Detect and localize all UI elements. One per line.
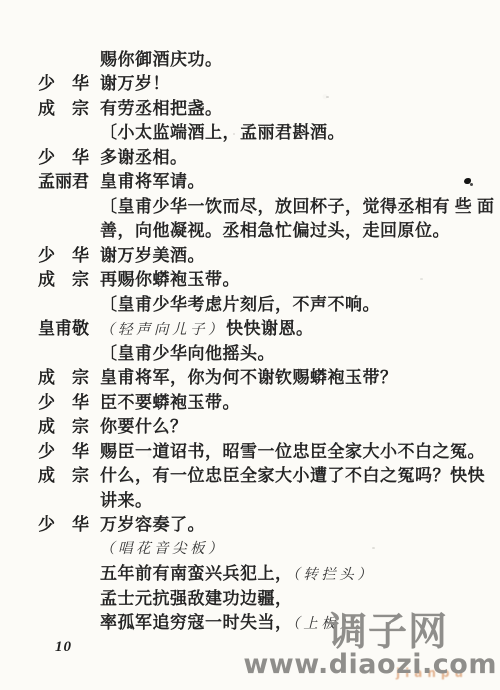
dialogue-segment: 多谢丞相。 — [100, 148, 188, 167]
dialogue-text: 你要什么？ — [100, 412, 188, 437]
dialogue-text: 赐臣一道诏书，昭雪一位忠臣全家大小不白之冤。 — [100, 437, 485, 462]
dialogue-text: 赐你御酒庆功。 — [100, 45, 223, 70]
dialogue-segment: 皇甫将军，你为何不谢钦赐蟒袍玉带？ — [100, 368, 398, 387]
paper-speck — [372, 547, 375, 549]
script-line: （唱花音尖板） — [0, 535, 500, 560]
script-line: 少 华臣不要蟒袍玉带。 — [0, 388, 500, 413]
script-line: 成 宗有劳丞相把盏。 — [0, 94, 500, 119]
dialogue-text: 多谢丞相。 — [100, 143, 188, 168]
script-line: 赐你御酒庆功。 — [0, 45, 500, 70]
dialogue-text: 什么，有一位忠臣全家大小遭了不白之冤吗？快快 — [100, 461, 485, 486]
script-line: 皇甫敬（轻声向儿子）快快谢恩。 — [0, 315, 500, 340]
dialogue-segment: 善，向他凝视。丞相急忙偏过头，走回原位。 — [100, 221, 450, 240]
script-line: 少 华多谢丞相。 — [0, 143, 500, 168]
dialogue-segment: 〔皇甫少华一饮而尽，放回杯子，觉得丞相有 些 面 — [100, 197, 495, 216]
script-line: 〔小太监端酒上，孟丽君斟酒。 — [0, 119, 500, 144]
stage-direction: （转拦头） — [293, 567, 376, 583]
dialogue-segment: 皇甫将军请。 — [100, 172, 205, 191]
dialogue-segment: 〔小太监端酒上，孟丽君斟酒。 — [100, 123, 345, 142]
dialogue-segment: 〔皇甫少华考虑片刻后，不声不响。 — [100, 295, 380, 314]
dialogue-text: 有劳丞相把盏。 — [100, 94, 223, 119]
script-text-block: 赐你御酒庆功。少 华谢万岁！成 宗有劳丞相把盏。〔小太监端酒上，孟丽君斟酒。少 … — [0, 45, 500, 633]
stage-direction: （轻声向儿子） — [100, 322, 226, 338]
script-line: 成 宗什么，有一位忠臣全家大小遭了不白之冤吗？快快 — [0, 462, 500, 487]
dialogue-text: 孟士元抗强敌建功边疆， — [100, 584, 293, 609]
dialogue-text: 再赐你蟒袍玉带。 — [100, 265, 240, 290]
stage-direction: （唱花音尖板） — [100, 541, 226, 557]
script-line: 少 华谢万岁美酒。 — [0, 241, 500, 266]
speaker-name: 少 华 — [38, 241, 100, 266]
dialogue-text: 臣不要蟒袍玉带。 — [100, 388, 240, 413]
dialogue-text: 讲来。 — [100, 486, 153, 511]
speaker-name: 少 华 — [38, 510, 100, 535]
dialogue-segment: 五年前有南蛮兴兵犯上， — [100, 564, 293, 583]
script-line: 成 宗再赐你蟒袍玉带。 — [0, 266, 500, 291]
speaker-name: 少 华 — [38, 437, 100, 462]
dialogue-text: （唱花音尖板） — [100, 537, 226, 558]
dialogue-segment: 你要什么？ — [100, 417, 188, 436]
dialogue-segment: 什么，有一位忠臣全家大小遭了不白之冤吗？快快 — [100, 466, 485, 485]
dialogue-text: 谢万岁！ — [100, 69, 170, 94]
dialogue-text: 万岁容奏了。 — [100, 510, 205, 535]
scanned-script-page: 赐你御酒庆功。少 华谢万岁！成 宗有劳丞相把盏。〔小太监端酒上，孟丽君斟酒。少 … — [0, 0, 500, 690]
dialogue-segment: 率孤军追穷寇一时失当， — [100, 613, 293, 632]
script-line: 〔皇甫少华一饮而尽，放回杯子，觉得丞相有 些 面 — [0, 192, 500, 217]
ink-spot-small — [470, 183, 473, 186]
dialogue-segment: 臣不要蟒袍玉带。 — [100, 393, 240, 412]
speaker-name: 皇甫敬 — [38, 314, 100, 339]
dialogue-segment: 有劳丞相把盏。 — [100, 99, 223, 118]
speaker-name: 少 华 — [38, 388, 100, 413]
script-line: 孟丽君皇甫将军请。 — [0, 168, 500, 193]
dialogue-text: （轻声向儿子）快快谢恩。 — [100, 314, 314, 339]
script-line: 成 宗你要什么？ — [0, 413, 500, 438]
speaker-name: 少 华 — [38, 69, 100, 94]
dialogue-text: 〔皇甫少华向他摇头。 — [100, 339, 275, 364]
script-line: 成 宗皇甫将军，你为何不谢钦赐蟒袍玉带？ — [0, 364, 500, 389]
dialogue-segment: 孟士元抗强敌建功边疆， — [100, 589, 293, 608]
watermark-site-url: www.diaozi.com — [243, 651, 497, 678]
watermark-site-name: 调子网 — [328, 613, 448, 652]
dialogue-segment: 赐臣一道诏书，昭雪一位忠臣全家大小不白之冤。 — [100, 442, 485, 461]
dialogue-text: 皇甫将军请。 — [100, 167, 205, 192]
script-line: 讲来。 — [0, 486, 500, 511]
dialogue-segment: 〔皇甫少华向他摇头。 — [100, 344, 275, 363]
dialogue-segment: 谢万岁！ — [100, 74, 170, 93]
speaker-name: 少 华 — [38, 143, 100, 168]
speaker-name: 成 宗 — [38, 461, 100, 486]
dialogue-text: 〔皇甫少华一饮而尽，放回杯子，觉得丞相有 些 面 — [100, 192, 495, 217]
script-line: 少 华谢万岁！ — [0, 70, 500, 95]
script-line: 〔皇甫少华考虑片刻后，不声不响。 — [0, 290, 500, 315]
paper-speck — [326, 96, 329, 98]
paper-speck — [420, 278, 423, 280]
speaker-name: 孟丽君 — [38, 167, 100, 192]
script-line: 少 华赐臣一道诏书，昭雪一位忠臣全家大小不白之冤。 — [0, 437, 500, 462]
script-line: 〔皇甫少华向他摇头。 — [0, 339, 500, 364]
page-number: 10 — [55, 639, 72, 656]
dialogue-text: 皇甫将军，你为何不谢钦赐蟒袍玉带？ — [100, 363, 398, 388]
script-line: 少 华万岁容奏了。 — [0, 511, 500, 536]
dialogue-text: 〔小太监端酒上，孟丽君斟酒。 — [100, 118, 345, 143]
dialogue-segment: 快快谢恩。 — [226, 319, 314, 338]
paper-speck — [233, 133, 235, 135]
dialogue-segment: 讲来。 — [100, 491, 153, 510]
speaker-name: 成 宗 — [38, 265, 100, 290]
dialogue-text: 率孤军追穷寇一时失当，（上板） — [100, 608, 357, 633]
script-line: 孟士元抗强敌建功边疆， — [0, 584, 500, 609]
speaker-name: 成 宗 — [38, 94, 100, 119]
dialogue-text: 谢万岁美酒。 — [100, 241, 205, 266]
dialogue-segment: 万岁容奏了。 — [100, 515, 205, 534]
script-line: 五年前有南蛮兴兵犯上，（转拦头） — [0, 560, 500, 585]
dialogue-segment: 再赐你蟒袍玉带。 — [100, 270, 240, 289]
speaker-name: 成 宗 — [38, 412, 100, 437]
dialogue-text: 五年前有南蛮兴兵犯上，（转拦头） — [100, 559, 375, 584]
script-line: 善，向他凝视。丞相急忙偏过头，走回原位。 — [0, 217, 500, 242]
dialogue-segment: 谢万岁美酒。 — [100, 246, 205, 265]
speaker-name: 成 宗 — [38, 363, 100, 388]
dialogue-text: 善，向他凝视。丞相急忙偏过头，走回原位。 — [100, 216, 450, 241]
dialogue-text: 〔皇甫少华考虑片刻后，不声不响。 — [100, 290, 380, 315]
dialogue-segment: 赐你御酒庆功。 — [100, 50, 223, 69]
